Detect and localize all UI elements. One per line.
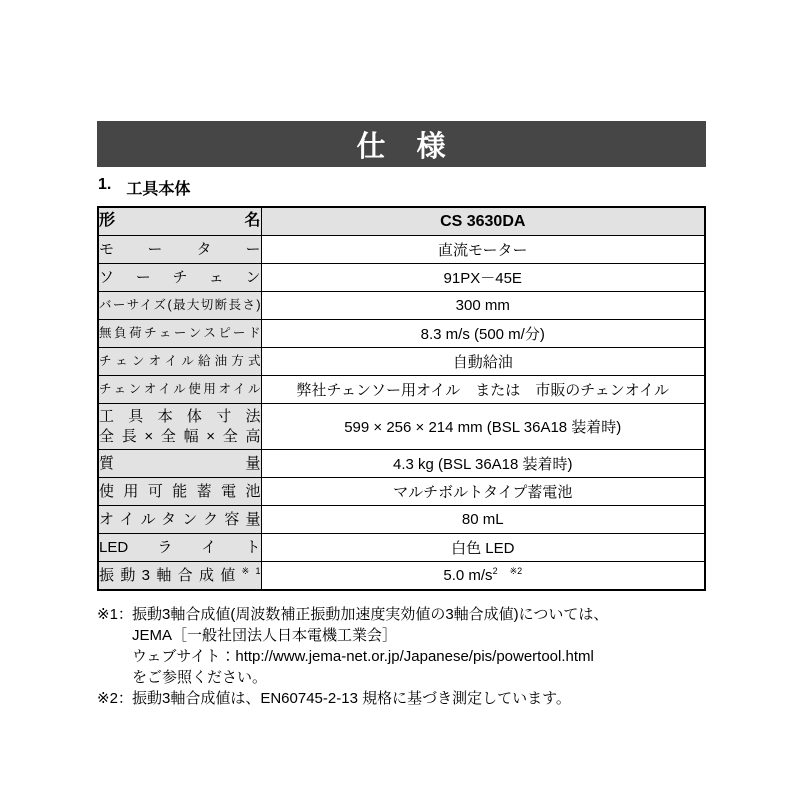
spec-row: モーター直流モーター [98, 236, 705, 264]
spec-value: 5.0 m/s2※2 [261, 562, 705, 591]
spec-value: マルチボルトタイプ蓄電池 [261, 478, 705, 506]
spec-row: チェンオイル使用オイル弊社チェンソー用オイル または 市販のチェンオイル [98, 376, 705, 404]
footnote-marker: ※2： [97, 688, 132, 709]
spec-label: チェンオイル給油方式 [98, 348, 261, 376]
spec-row: チェンオイル給油方式自動給油 [98, 348, 705, 376]
footnote-line: 振動3軸合成値(周波数補正振動加速度実効値の3軸合成値)については、 [132, 604, 706, 625]
footnote-body: 振動3軸合成値は、EN60745-2-13 規格に基づき測定しています。 [132, 688, 706, 709]
spec-label: チェンオイル使用オイル [98, 376, 261, 404]
section-heading-label: 工具本体 [126, 176, 190, 199]
spec-label-model: 形 名 [98, 207, 261, 236]
spec-row: 工具本体寸法全長×全幅×全高599 × 256 × 214 mm (BSL 36… [98, 404, 705, 450]
spec-value: 自動給油 [261, 348, 705, 376]
spec-label: モーター [98, 236, 261, 264]
footnote-ref: ※1 [242, 566, 261, 576]
footnote-line: 振動3軸合成値は、EN60745-2-13 規格に基づき測定しています。 [132, 688, 706, 709]
spec-table-body: 形 名 CS 3630DA モーター直流モーターソーチェン91PX－45Eバーサ… [98, 207, 705, 590]
spec-row: バーサイズ(最大切断長さ)300 mm [98, 292, 705, 320]
specs-title: 仕 様 [356, 124, 446, 165]
spec-value: 白色 LED [261, 534, 705, 562]
spec-label: 無負荷チェーンスピード [98, 320, 261, 348]
footnote-ref: ※2 [510, 566, 523, 576]
footnote-line: ウェブサイト：http://www.jema-net.or.jp/Japanes… [132, 646, 706, 667]
footnote-body: 振動3軸合成値(周波数補正振動加速度実効値の3軸合成値)については、JEMA［一… [132, 604, 706, 688]
spec-label: オイルタンク容量 [98, 506, 261, 534]
spec-row: 質量4.3 kg (BSL 36A18 装着時) [98, 450, 705, 478]
footnotes: ※1：振動3軸合成値(周波数補正振動加速度実効値の3軸合成値)については、JEM… [97, 604, 706, 709]
specs-title-bar: 仕 様 [97, 121, 706, 167]
section-heading: 1. 工具本体 [98, 176, 706, 199]
spec-row-model: 形 名 CS 3630DA [98, 207, 705, 236]
spec-table: 形 名 CS 3630DA モーター直流モーターソーチェン91PX－45Eバーサ… [97, 206, 706, 591]
spec-value: 80 mL [261, 506, 705, 534]
spec-label: LEDライト [98, 534, 261, 562]
spec-label: バーサイズ(最大切断長さ) [98, 292, 261, 320]
section-number: 1. [98, 176, 111, 199]
footnote: ※1：振動3軸合成値(周波数補正振動加速度実効値の3軸合成値)については、JEM… [97, 604, 706, 688]
exponent: 2 [493, 566, 498, 576]
spec-row: 無負荷チェーンスピード8.3 m/s (500 m/分) [98, 320, 705, 348]
spec-row: オイルタンク容量80 mL [98, 506, 705, 534]
footnote-marker: ※1： [97, 604, 132, 688]
spec-value: 599 × 256 × 214 mm (BSL 36A18 装着時) [261, 404, 705, 450]
spec-label: 振動3軸合成値※1 [98, 562, 261, 591]
spec-row: LEDライト白色 LED [98, 534, 705, 562]
spec-label: 使用可能蓄電池 [98, 478, 261, 506]
spec-row: ソーチェン91PX－45E [98, 264, 705, 292]
spec-value: 8.3 m/s (500 m/分) [261, 320, 705, 348]
footnote: ※2：振動3軸合成値は、EN60745-2-13 規格に基づき測定しています。 [97, 688, 706, 709]
spec-value: 91PX－45E [261, 264, 705, 292]
spec-value: 4.3 kg (BSL 36A18 装着時) [261, 450, 705, 478]
spec-label: 工具本体寸法全長×全幅×全高 [98, 404, 261, 450]
spec-label: 質量 [98, 450, 261, 478]
spec-label: ソーチェン [98, 264, 261, 292]
spec-value-model: CS 3630DA [261, 207, 705, 236]
page-content: 仕 様 1. 工具本体 形 名 CS 3630DA モーター直流モーターソーチェ… [97, 121, 706, 709]
footnote-line: JEMA［一般社団法人日本電機工業会］ [132, 625, 706, 646]
spec-value: 弊社チェンソー用オイル または 市販のチェンオイル [261, 376, 705, 404]
spec-value: 300 mm [261, 292, 705, 320]
spec-row: 使用可能蓄電池マルチボルトタイプ蓄電池 [98, 478, 705, 506]
spec-row: 振動3軸合成値※15.0 m/s2※2 [98, 562, 705, 591]
footnote-line: をご参照ください。 [132, 667, 706, 688]
spec-value: 直流モーター [261, 236, 705, 264]
